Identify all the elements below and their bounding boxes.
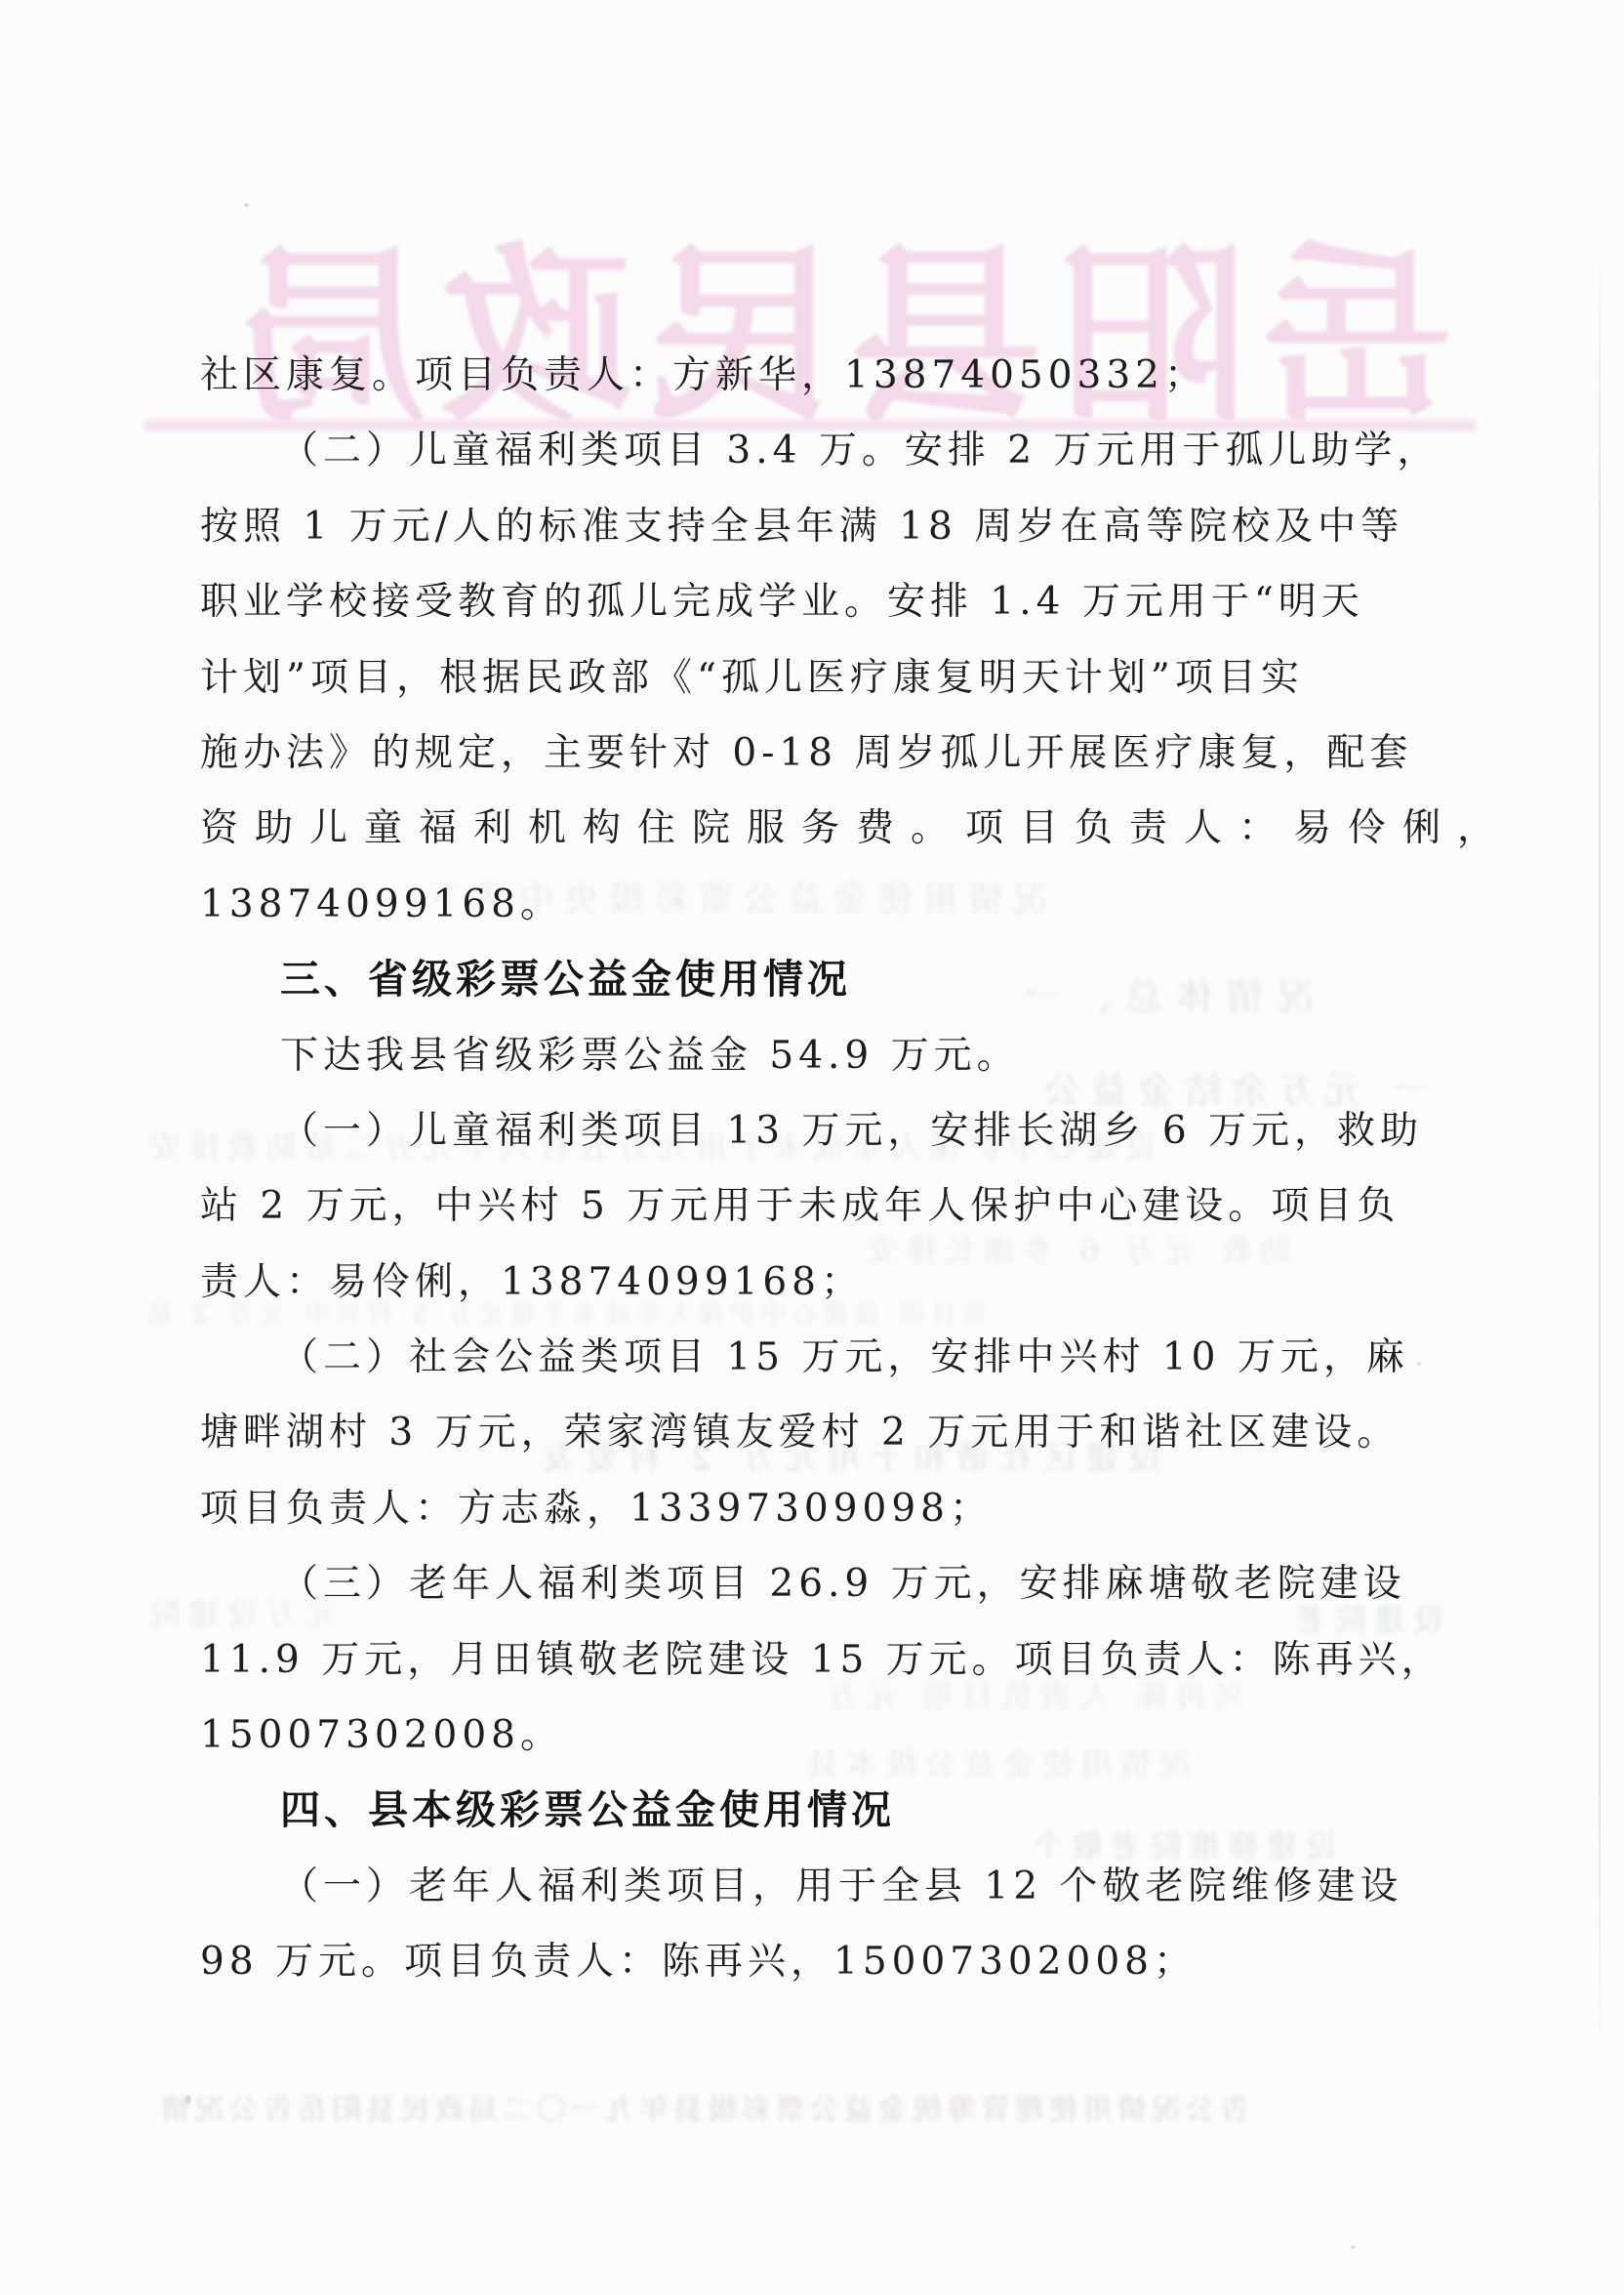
document-line: 按照 1 万元/人的标准支持全县年满 18 周岁在高等院校及中等	[200, 489, 1459, 564]
scanned-document-page: 岳阳县民政局 况情用使金益公票彩级央中达下况情体总、一一 元万余结金益公设建心中…	[0, 0, 1624, 2295]
document-line: （一）儿童福利类项目 13 万元，安排长湖乡 6 万元，救助	[200, 1093, 1459, 1168]
document-line: 站 2 万元，中兴村 5 万元用于未成年人保护中心建设。项目负	[200, 1168, 1459, 1244]
document-line: 塘畔湖村 3 万元，荣家湾镇友爱村 2 万元用于和谐社区建设。	[200, 1395, 1459, 1470]
document-text-block: 社区康复。项目负责人：方新华，13874050332；（二）儿童福利类项目 3.…	[200, 338, 1459, 2000]
document-line: （二）社会公益类项目 15 万元，安排中兴村 10 万元，麻	[200, 1320, 1459, 1395]
document-line: （三）老年人福利类项目 26.9 万元，安排麻塘敬老院建设	[200, 1546, 1459, 1621]
document-line: 11.9 万元，月田镇敬老院建设 15 万元。项目负责人：陈再兴，	[200, 1622, 1459, 1698]
scan-fold-line	[1599, 264, 1601, 2030]
section-heading: 三、省级彩票公益金使用情况	[200, 942, 1459, 1017]
bleedthrough-row: 告公况情用使理管筹统金益公票彩级县年九一〇二局政民县阳岳告公况情	[156, 2085, 1249, 2128]
document-line: 计划”项目，根据民政部《“孤儿医疗康复明天计划”项目实	[200, 640, 1459, 716]
document-line: 下达我县省级彩票公益金 54.9 万元。	[200, 1018, 1459, 1093]
document-line: 职业学校接受教育的孤儿完成学业。安排 1.4 万元用于“明天	[200, 564, 1459, 639]
document-line: 13874099168。	[200, 867, 1459, 942]
document-line: （一）老年人福利类项目，用于全县 12 个敬老院维修建设	[200, 1849, 1459, 1924]
document-line: 施办法》的规定，主要针对 0-18 周岁孤儿开展医疗康复，配套	[200, 716, 1459, 791]
document-line: 社区康复。项目负责人：方新华，13874050332；	[200, 338, 1459, 413]
document-line: 项目负责人：方志淼，13397309098；	[200, 1471, 1459, 1546]
scan-speckle	[244, 203, 249, 207]
document-line: 15007302008。	[200, 1698, 1459, 1773]
document-line: （二）儿童福利类项目 3.4 万。安排 2 万元用于孤儿助学，	[200, 413, 1459, 488]
document-line: 98 万元。项目负责人：陈再兴，15007302008；	[200, 1924, 1459, 1999]
document-line: 责人：易伶俐，13874099168；	[200, 1245, 1459, 1320]
scan-speckle	[1351, 2245, 1356, 2249]
document-line: 资助儿童福利机构住院服务费。项目负责人：易伶俐，	[200, 791, 1459, 866]
section-heading: 四、县本级彩票公益金使用情况	[200, 1773, 1459, 1848]
scan-speckle	[185, 2095, 191, 2104]
